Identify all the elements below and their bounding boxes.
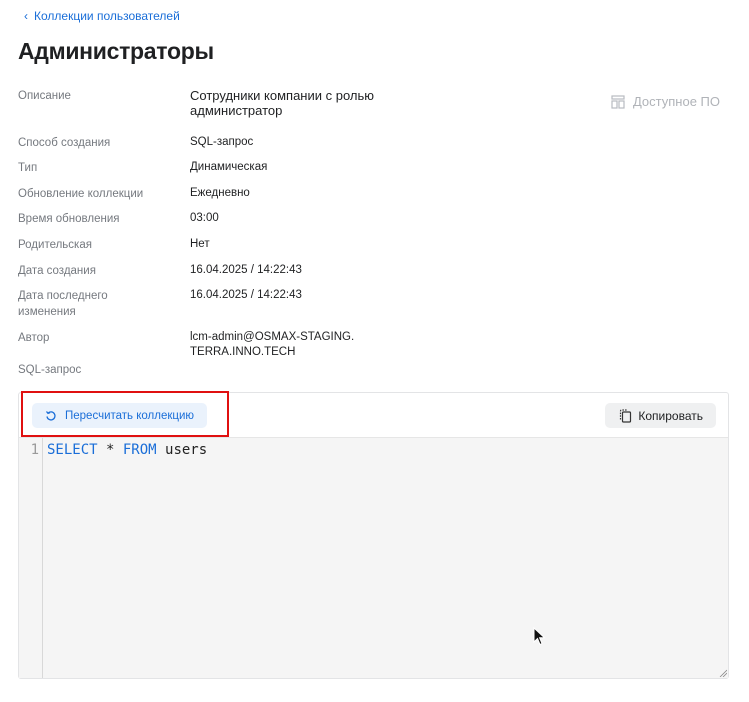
prop-value: SQL-запрос — [190, 135, 400, 160]
prop-value: Ежедневно — [190, 186, 400, 211]
prop-row-update-time: Время обновления 03:00 — [18, 211, 418, 237]
prop-label: Время обновления — [18, 211, 190, 237]
prop-row-description: Описание Сотрудники компании с ролью адм… — [18, 88, 418, 135]
sql-token: users — [157, 442, 208, 458]
prop-label: Дата последнего изменения — [18, 288, 138, 330]
copy-button[interactable]: Копировать — [605, 403, 716, 428]
back-link-label: Коллекции пользователей — [34, 9, 180, 23]
prop-label: Дата создания — [18, 263, 190, 288]
sql-keyword: FROM — [123, 442, 157, 458]
sql-token: * — [98, 442, 123, 458]
prop-label: Тип — [18, 160, 190, 186]
prop-value: Динамическая — [190, 160, 400, 186]
prop-value: 03:00 — [190, 211, 400, 237]
available-software-button[interactable]: Доступное ПО — [611, 94, 720, 109]
refresh-icon — [45, 410, 57, 422]
available-software-label: Доступное ПО — [633, 94, 720, 109]
prop-row-created-date: Дата создания 16.04.2025 / 14:22:43 — [18, 263, 418, 288]
resize-handle-icon[interactable] — [719, 669, 727, 677]
prop-row-creation-method: Способ создания SQL-запрос — [18, 135, 418, 160]
prop-label: Обновление коллекции — [18, 186, 190, 211]
properties-list: Описание Сотрудники компании с ролью адм… — [18, 88, 418, 370]
chevron-left-icon: ‹ — [24, 10, 28, 22]
code-area[interactable]: 1 SELECT * FROM users — [19, 438, 728, 678]
prop-row-type: Тип Динамическая — [18, 160, 418, 186]
prop-row-parent: Родительская Нет — [18, 237, 418, 263]
line-gutter: 1 — [19, 438, 43, 678]
prop-value: 16.04.2025 / 14:22:43 — [190, 288, 400, 330]
prop-row-update-frequency: Обновление коллекции Ежедневно — [18, 186, 418, 211]
line-number: 1 — [31, 442, 39, 458]
prop-label: Родительская — [18, 237, 190, 263]
copy-icon — [619, 409, 632, 423]
prop-value: 16.04.2025 / 14:22:43 — [190, 263, 400, 288]
recalculate-collection-label: Пересчитать коллекцию — [65, 410, 194, 422]
sql-section-label: SQL-запрос — [18, 364, 81, 376]
prop-label: Способ создания — [18, 135, 190, 160]
prop-value: lcm-admin@OSMAX-STAGING.TERRA.INNO.TECH — [190, 330, 360, 370]
prop-label: Описание — [18, 88, 190, 135]
copy-label: Копировать — [638, 409, 703, 423]
sql-editor-toolbar: Пересчитать коллекцию Копировать — [19, 393, 728, 438]
page-title: Администраторы — [18, 38, 214, 65]
recalculate-collection-button[interactable]: Пересчитать коллекцию — [32, 403, 207, 428]
layout-icon — [611, 95, 625, 109]
sql-keyword: SELECT — [47, 442, 98, 458]
back-link-user-collections[interactable]: ‹ Коллекции пользователей — [24, 9, 180, 23]
prop-row-modified-date: Дата последнего изменения 16.04.2025 / 1… — [18, 288, 418, 330]
prop-value: Нет — [190, 237, 400, 263]
sql-editor: Пересчитать коллекцию Копировать 1 SELEC… — [18, 392, 729, 679]
code-line: SELECT * FROM users — [47, 442, 207, 458]
prop-value: Сотрудники компании с ролью администрато… — [190, 88, 400, 135]
